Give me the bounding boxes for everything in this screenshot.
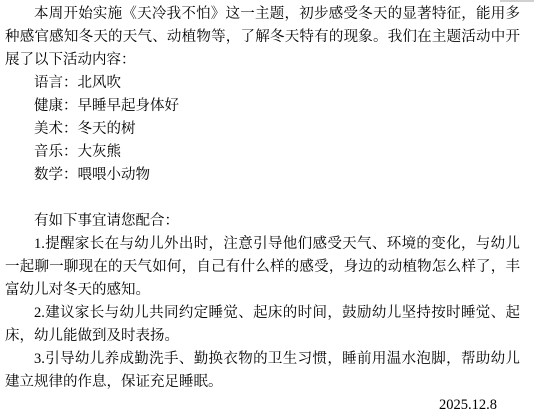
activity-item-art: 美术：冬天的树 — [34, 118, 520, 141]
cooperation-heading: 有如下事宜请您配合： — [5, 210, 520, 233]
colon-separator: ： — [63, 144, 78, 160]
activity-item-health: 健康：早睡早起身体好 — [34, 95, 520, 118]
activity-item-math: 数学：喂喂小动物 — [34, 164, 520, 187]
notice-paragraph-3: 3.引导幼儿养成勤洗手、勤换衣物的卫生习惯，睡前用温水泡脚，帮助幼儿建立规律的作… — [5, 348, 520, 394]
document-page: 本周开始实施《天冷我不怕》这一主题，初步感受冬天的显著特征，能用多种感官感知冬天… — [0, 0, 534, 418]
intro-paragraph: 本周开始实施《天冷我不怕》这一主题，初步感受冬天的显著特征，能用多种感官感知冬天… — [5, 3, 520, 72]
notice-paragraph-1: 1.提醒家长在与幼儿外出时，注意引导他们感受天气、环境的变化，与幼儿一起聊一聊现… — [5, 233, 520, 302]
blank-line — [5, 187, 520, 210]
activity-title: 喂喂小动物 — [78, 167, 151, 183]
activity-item-music: 音乐：大灰熊 — [34, 141, 520, 164]
activity-item-language: 语言：北风吹 — [34, 72, 520, 95]
notice-paragraph-2: 2.建议家长与幼儿共同约定睡觉、起床的时间，鼓励幼儿坚持按时睡觉、起床，幼儿能做… — [5, 302, 520, 348]
colon-separator: ： — [63, 75, 78, 91]
activity-subject: 健康 — [34, 98, 63, 114]
activities-list: 语言：北风吹 健康：早睡早起身体好 美术：冬天的树 音乐：大灰熊 数学：喂喂小动… — [34, 72, 520, 187]
activity-subject: 语言 — [34, 75, 63, 91]
activity-title: 北风吹 — [78, 75, 122, 91]
date-stamp: 2025.12.8 — [5, 394, 520, 417]
activity-title: 大灰熊 — [78, 144, 122, 160]
window-edge-artifact — [500, 0, 534, 2]
activity-title: 冬天的树 — [78, 121, 136, 137]
activity-title: 早睡早起身体好 — [78, 98, 180, 114]
activity-subject: 美术 — [34, 121, 63, 137]
colon-separator: ： — [63, 167, 78, 183]
colon-separator: ： — [63, 98, 78, 114]
colon-separator: ： — [63, 121, 78, 137]
activity-subject: 音乐 — [34, 144, 63, 160]
activity-subject: 数学 — [34, 167, 63, 183]
